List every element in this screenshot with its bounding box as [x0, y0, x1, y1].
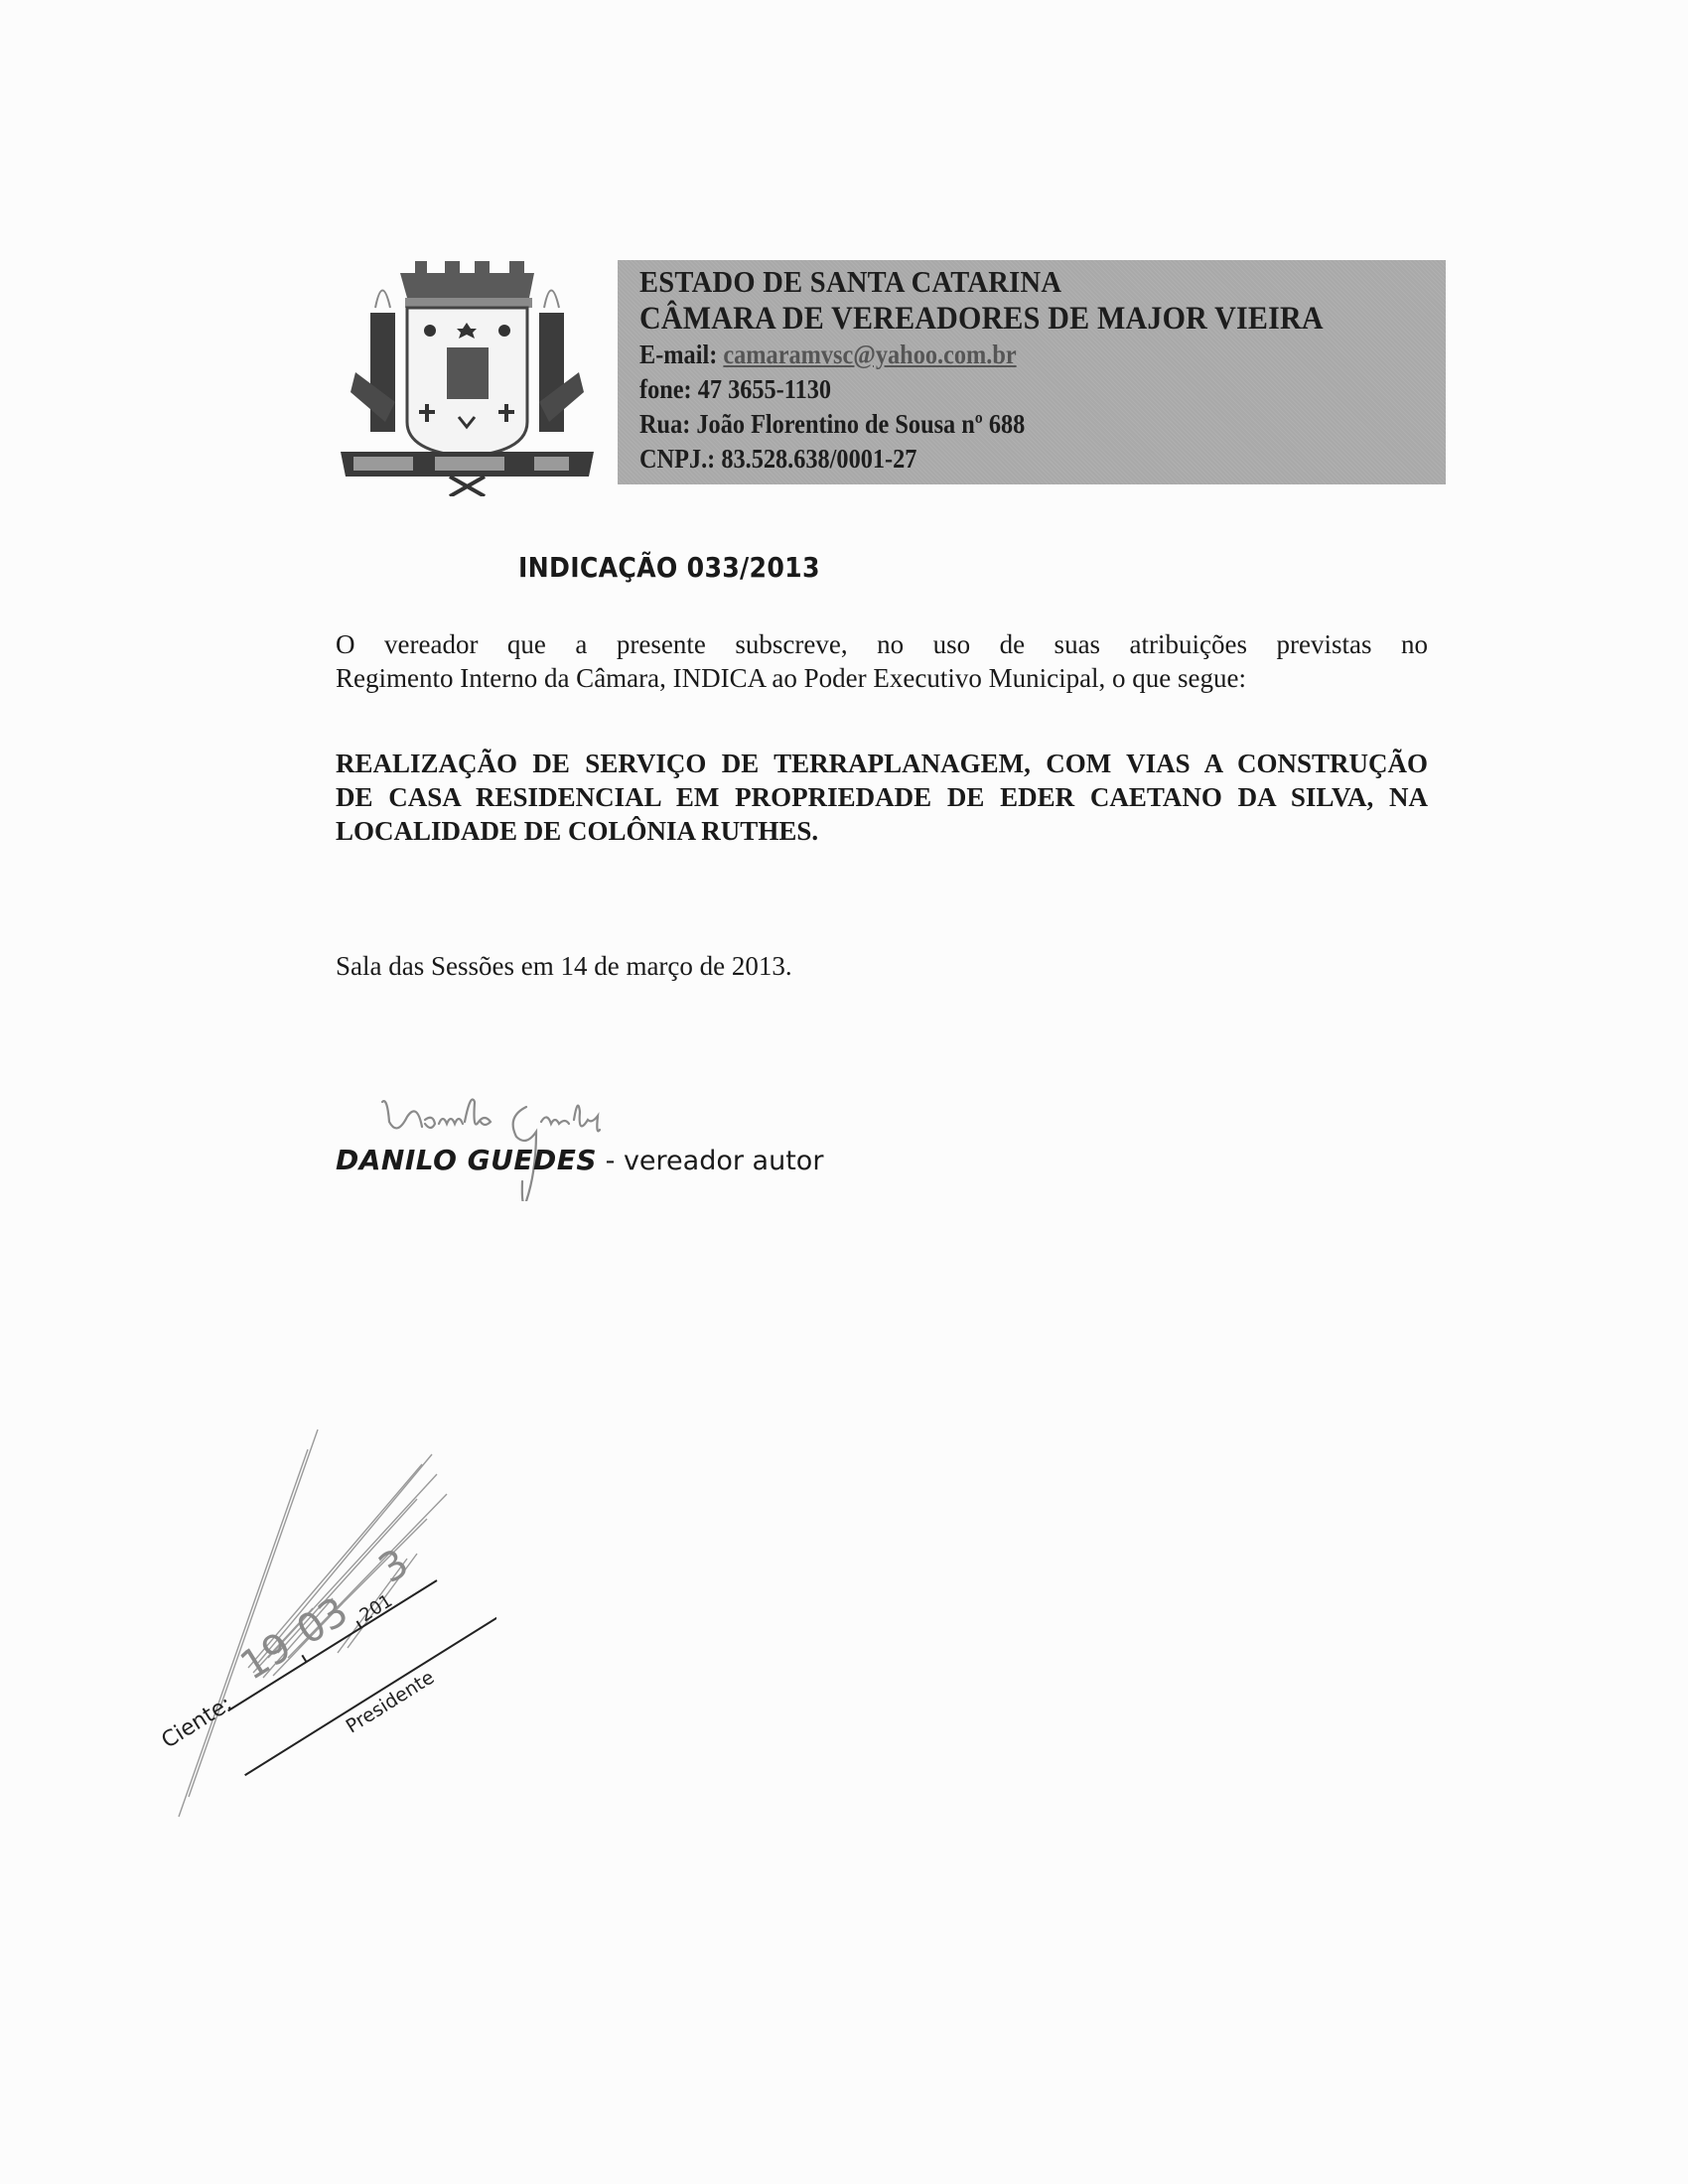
- state-name: ESTADO DE SANTA CATARINA: [639, 264, 1381, 300]
- email-line: E-mail: camaramvsc@yahoo.com.br: [639, 338, 1365, 372]
- address-value: João Florentino de Sousa nº 688: [696, 409, 1025, 439]
- subject-line: DE CASA RESIDENCIAL EM PROPRIEDADE DE ED…: [336, 780, 1428, 814]
- intro-paragraph: O vereador que a presente subscreve, no …: [336, 627, 1428, 695]
- letterhead-box: ESTADO DE SANTA CATARINA CÂMARA DE VEREA…: [618, 260, 1446, 484]
- intro-line: O vereador que a presente subscreve, no …: [336, 627, 1428, 661]
- phone-number: 47 3655-1130: [698, 374, 831, 404]
- stamp-ciente-label: Ciente:: [158, 1692, 237, 1754]
- stamp-year-prefix: 201: [356, 1590, 396, 1626]
- phone-label: fone:: [639, 374, 692, 404]
- coat-of-arms-logo: [336, 253, 599, 496]
- subject-line: LOCALIDADE DE COLÔNIA RUTHES.: [336, 814, 1428, 848]
- subject-line: REALIZAÇÃO DE SERVIÇO DE TERRAPLANAGEM, …: [336, 747, 1428, 780]
- stamp-signer-role: Presidente: [343, 1667, 439, 1738]
- cnpj-label: CNPJ.:: [639, 444, 715, 474]
- institution-name: CÂMARA DE VEREADORES DE MAJOR VIEIRA: [639, 300, 1373, 338]
- email-label: E-mail:: [639, 340, 717, 369]
- subject-paragraph: REALIZAÇÃO DE SERVIÇO DE TERRAPLANAGEM, …: [336, 747, 1428, 848]
- acknowledgement-stamp: Ciente: 19 03 201 3 Presidente: [79, 1410, 496, 1837]
- closing-date-line: Sala das Sessões em 14 de março de 2013.: [336, 951, 792, 982]
- phone-line: fone: 47 3655-1130: [639, 372, 1365, 407]
- address-line: Rua: João Florentino de Sousa nº 688: [639, 407, 1365, 442]
- email-link[interactable]: camaramvsc@yahoo.com.br: [723, 340, 1016, 369]
- author-name: DANILO GUEDES: [336, 1144, 597, 1176]
- author-role: - vereador autor: [597, 1146, 823, 1176]
- document-title: INDICAÇÃO 033/2013: [518, 551, 820, 584]
- intro-line: Regimento Interno da Câmara, INDICA ao P…: [336, 661, 1428, 695]
- stamp-year-suffix: 3: [371, 1541, 417, 1592]
- author-signature-line: DANILO GUEDES - vereador autor: [336, 1144, 823, 1176]
- address-label: Rua:: [639, 409, 690, 439]
- cnpj-line: CNPJ.: 83.528.638/0001-27: [639, 442, 1365, 477]
- cnpj-value: 83.528.638/0001-27: [721, 444, 916, 474]
